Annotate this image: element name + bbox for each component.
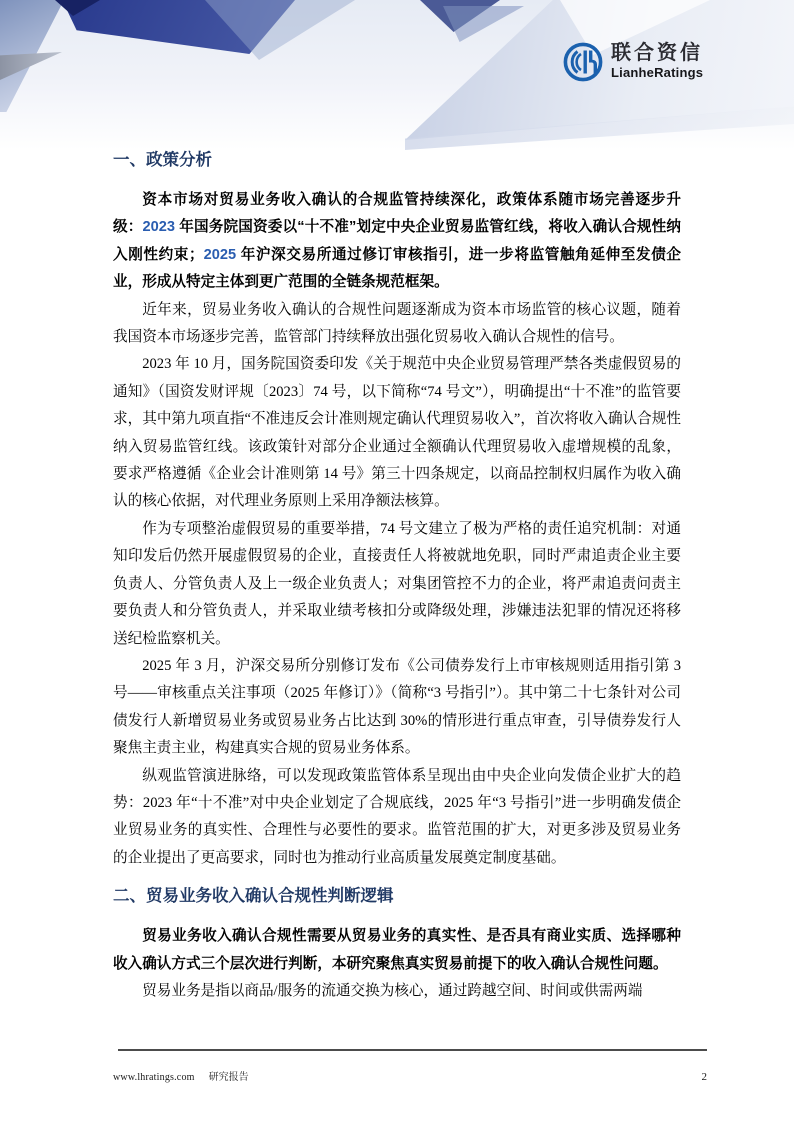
footer-website: www.lhratings.com xyxy=(113,1072,195,1083)
text-segment: 纵观监管演进脉络，可以发现政策监管体系呈现出由中央企业向发债企业扩大的趋势：20… xyxy=(113,768,681,866)
text-segment: 贸易业务是指以商品/服务的流通交换为核心，通过跨越空间、时间或供需两端 xyxy=(142,983,642,999)
text-segment: 近年来，贸易业务收入确认的合规性问题逐渐成为资本市场监管的核心议题，随着我国资本… xyxy=(113,302,681,345)
lianhe-logo-icon xyxy=(563,42,603,82)
footer-divider xyxy=(118,1049,707,1051)
footer: www.lhratings.com 研究报告 2 xyxy=(113,1068,707,1083)
highlight-number: 2025 xyxy=(204,247,236,263)
footer-left: www.lhratings.com 研究报告 xyxy=(113,1068,249,1083)
document-body: 一、政策分析资本市场对贸易业务收入确认的合规监管持续深化，政策体系随市场完善逐步… xyxy=(113,148,681,1005)
body-paragraph: 纵观监管演进脉络，可以发现政策监管体系呈现出由中央企业向发债企业扩大的趋势：20… xyxy=(113,763,681,873)
logo-title-chinese: 联合资信 xyxy=(611,42,703,64)
header-band: 联合资信 LianheRatings xyxy=(0,0,794,150)
body-paragraph: 2023 年 10 月，国务院国资委印发《关于规范中央企业贸易管理严禁各类虚假贸… xyxy=(113,351,681,515)
footer-report-label: 研究报告 xyxy=(209,1068,249,1083)
text-segment: 贸易业务收入确认合规性需要从贸易业务的真实性、是否具有商业实质、选择哪种收入确认… xyxy=(113,928,681,971)
body-paragraph: 2025 年 3 月，沪深交易所分别修订发布《公司债券发行上市审核规则适用指引第… xyxy=(113,653,681,763)
body-paragraph: 贸易业务是指以商品/服务的流通交换为核心，通过跨越空间、时间或供需两端 xyxy=(113,978,681,1005)
text-segment: 2023 年 10 月，国务院国资委印发《关于规范中央企业贸易管理严禁各类虚假贸… xyxy=(113,356,681,509)
text-segment: 2025 年 3 月，沪深交易所分别修订发布《公司债券发行上市审核规则适用指引第… xyxy=(113,658,681,756)
text-segment: 作为专项整治虚假贸易的重要举措，74 号文建立了极为严格的责任追究机制：对通知印… xyxy=(113,521,681,647)
body-paragraph: 贸易业务收入确认合规性需要从贸易业务的真实性、是否具有商业实质、选择哪种收入确认… xyxy=(113,923,681,978)
report-page: 联合资信 LianheRatings 一、政策分析资本市场对贸易业务收入确认的合… xyxy=(0,0,794,1123)
body-paragraph: 作为专项整治虚假贸易的重要举措，74 号文建立了极为严格的责任追究机制：对通知印… xyxy=(113,516,681,653)
body-paragraph: 近年来，贸易业务收入确认的合规性问题逐渐成为资本市场监管的核心议题，随着我国资本… xyxy=(113,297,681,352)
body-paragraph: 资本市场对贸易业务收入确认的合规监管持续深化，政策体系随市场完善逐步升级：202… xyxy=(113,187,681,297)
logo-title-english: LianheRatings xyxy=(611,65,703,80)
section-heading: 一、政策分析 xyxy=(113,148,681,172)
logo-text-block: 联合资信 LianheRatings xyxy=(611,42,703,80)
section-heading: 二、贸易业务收入确认合规性判断逻辑 xyxy=(113,884,681,908)
highlight-number: 2023 xyxy=(143,219,175,235)
page-number: 2 xyxy=(702,1071,708,1083)
lianhe-logo: 联合资信 LianheRatings xyxy=(563,42,703,82)
